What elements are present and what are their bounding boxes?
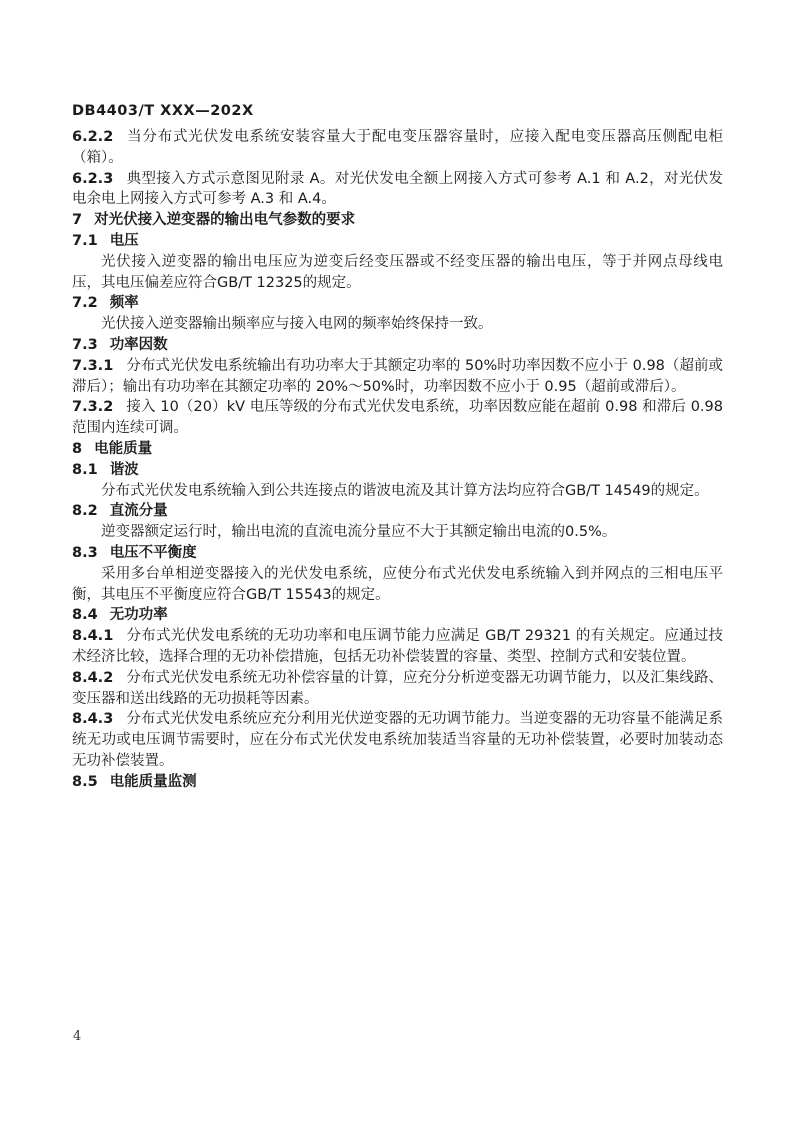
clause-number: 8.5 — [72, 774, 98, 790]
paragraph-text: 分布式光伏发电系统应充分利用光伏逆变器的无功调节能力。当逆变器的无功容量不能满足… — [72, 711, 723, 769]
paragraph-text: 采用多台单相逆变器接入的光伏发电系统，应使分布式光伏发电系统输入到并网点的三相电… — [72, 566, 723, 603]
paragraph-text: 接入 10（20）kV 电压等级的分布式光伏发电系统，功率因数应能在超前 0.9… — [72, 399, 723, 436]
heading-text: 对光伏接入逆变器的输出电气参数的要求 — [94, 212, 355, 228]
clause-paragraph: 6.2.3典型接入方式示意图见附录 A。对光伏发电全额上网接入方式可参考 A.1… — [72, 169, 723, 211]
body-paragraph: 光伏接入逆变器的输出电压应为逆变后经变压器或不经变压器的输出电压，等于并网点母线… — [72, 252, 723, 294]
standard-number: DB4403/T XXX—202X — [72, 103, 254, 119]
section-heading: 7对光伏接入逆变器的输出电气参数的要求 — [72, 210, 723, 231]
clause-number: 8.4.3 — [72, 711, 113, 727]
subsection-heading: 7.1电压 — [72, 231, 723, 252]
clause-number: 6.2.3 — [72, 171, 113, 187]
clause-paragraph: 7.3.1分布式光伏发电系统输出有功功率大于其额定功率的 50%时功率因数不应小… — [72, 356, 723, 398]
clause-paragraph: 8.4.2分布式光伏发电系统无功补偿容量的计算，应充分分析逆变器无功调节能力，以… — [72, 668, 723, 710]
clause-number: 7 — [72, 212, 82, 228]
clause-number: 7.3.2 — [72, 399, 113, 415]
subsection-heading: 8.2直流分量 — [72, 501, 723, 522]
paragraph-text: 分布式光伏发电系统输入到公共连接点的谐波电流及其计算方法均应符合GB/T 145… — [101, 483, 709, 499]
subsection-heading: 7.2频率 — [72, 293, 723, 314]
clause-number: 7.3 — [72, 337, 98, 353]
clause-number: 8.4.1 — [72, 628, 113, 644]
clause-number: 7.3.1 — [72, 358, 113, 374]
heading-text: 频率 — [110, 295, 139, 311]
paragraph-text: 分布式光伏发电系统的无功功率和电压调节能力应满足 GB/T 29321 的有关规… — [72, 628, 723, 665]
clause-paragraph: 6.2.2当分布式光伏发电系统安装容量大于配电变压器容量时，应接入配电变压器高压… — [72, 127, 723, 169]
heading-text: 功率因数 — [110, 337, 168, 353]
paragraph-text: 光伏接入逆变器输出频率应与接入电网的频率始终保持一致。 — [101, 316, 493, 332]
heading-text: 直流分量 — [110, 503, 168, 519]
paragraph-text: 当分布式光伏发电系统安装容量大于配电变压器容量时，应接入配电变压器高压侧配电柜（… — [72, 129, 723, 166]
paragraph-text: 分布式光伏发电系统输出有功功率大于其额定功率的 50%时功率因数不应小于 0.9… — [72, 358, 723, 395]
heading-text: 电能质量监测 — [110, 774, 197, 790]
clause-paragraph: 8.4.3分布式光伏发电系统应充分利用光伏逆变器的无功调节能力。当逆变器的无功容… — [72, 709, 723, 771]
heading-text: 电压 — [110, 233, 139, 249]
body-paragraph: 光伏接入逆变器输出频率应与接入电网的频率始终保持一致。 — [72, 314, 723, 335]
clause-number: 8.4 — [72, 607, 98, 623]
heading-text: 谐波 — [110, 462, 139, 478]
page-header: DB4403/T XXX—202X — [72, 103, 254, 119]
clause-number: 7.2 — [72, 295, 98, 311]
subsection-heading: 8.3电压不平衡度 — [72, 543, 723, 564]
clause-paragraph: 7.3.2接入 10（20）kV 电压等级的分布式光伏发电系统，功率因数应能在超… — [72, 397, 723, 439]
subsection-heading: 8.4无功功率 — [72, 605, 723, 626]
paragraph-text: 典型接入方式示意图见附录 A。对光伏发电全额上网接入方式可参考 A.1 和 A.… — [72, 171, 723, 208]
subsection-heading: 8.1谐波 — [72, 460, 723, 481]
document-body: 6.2.2当分布式光伏发电系统安装容量大于配电变压器容量时，应接入配电变压器高压… — [72, 127, 723, 793]
body-paragraph: 逆变器额定运行时，输出电流的直流电流分量应不大于其额定输出电流的0.5%。 — [72, 522, 723, 543]
page-number: 4 — [73, 1029, 81, 1044]
heading-text: 电压不平衡度 — [110, 545, 197, 561]
body-paragraph: 采用多台单相逆变器接入的光伏发电系统，应使分布式光伏发电系统输入到并网点的三相电… — [72, 564, 723, 606]
clause-number: 8.1 — [72, 462, 98, 478]
clause-number: 8.2 — [72, 503, 98, 519]
paragraph-text: 光伏接入逆变器的输出电压应为逆变后经变压器或不经变压器的输出电压，等于并网点母线… — [72, 254, 723, 291]
body-paragraph: 分布式光伏发电系统输入到公共连接点的谐波电流及其计算方法均应符合GB/T 145… — [72, 481, 723, 502]
clause-number: 6.2.2 — [72, 129, 113, 145]
clause-number: 8 — [72, 441, 82, 457]
section-heading: 8电能质量 — [72, 439, 723, 460]
document-page: DB4403/T XXX—202X 6.2.2当分布式光伏发电系统安装容量大于配… — [0, 0, 794, 1123]
subsection-heading: 7.3功率因数 — [72, 335, 723, 356]
paragraph-text: 分布式光伏发电系统无功补偿容量的计算，应充分分析逆变器无功调节能力，以及汇集线路… — [72, 670, 723, 707]
clause-number: 8.4.2 — [72, 670, 113, 686]
clause-number: 8.3 — [72, 545, 98, 561]
subsection-heading: 8.5电能质量监测 — [72, 772, 723, 793]
heading-text: 无功功率 — [110, 607, 168, 623]
clause-paragraph: 8.4.1分布式光伏发电系统的无功功率和电压调节能力应满足 GB/T 29321… — [72, 626, 723, 668]
paragraph-text: 逆变器额定运行时，输出电流的直流电流分量应不大于其额定输出电流的0.5%。 — [101, 524, 616, 540]
clause-number: 7.1 — [72, 233, 98, 249]
heading-text: 电能质量 — [94, 441, 152, 457]
page-footer: 4 — [73, 1029, 81, 1044]
